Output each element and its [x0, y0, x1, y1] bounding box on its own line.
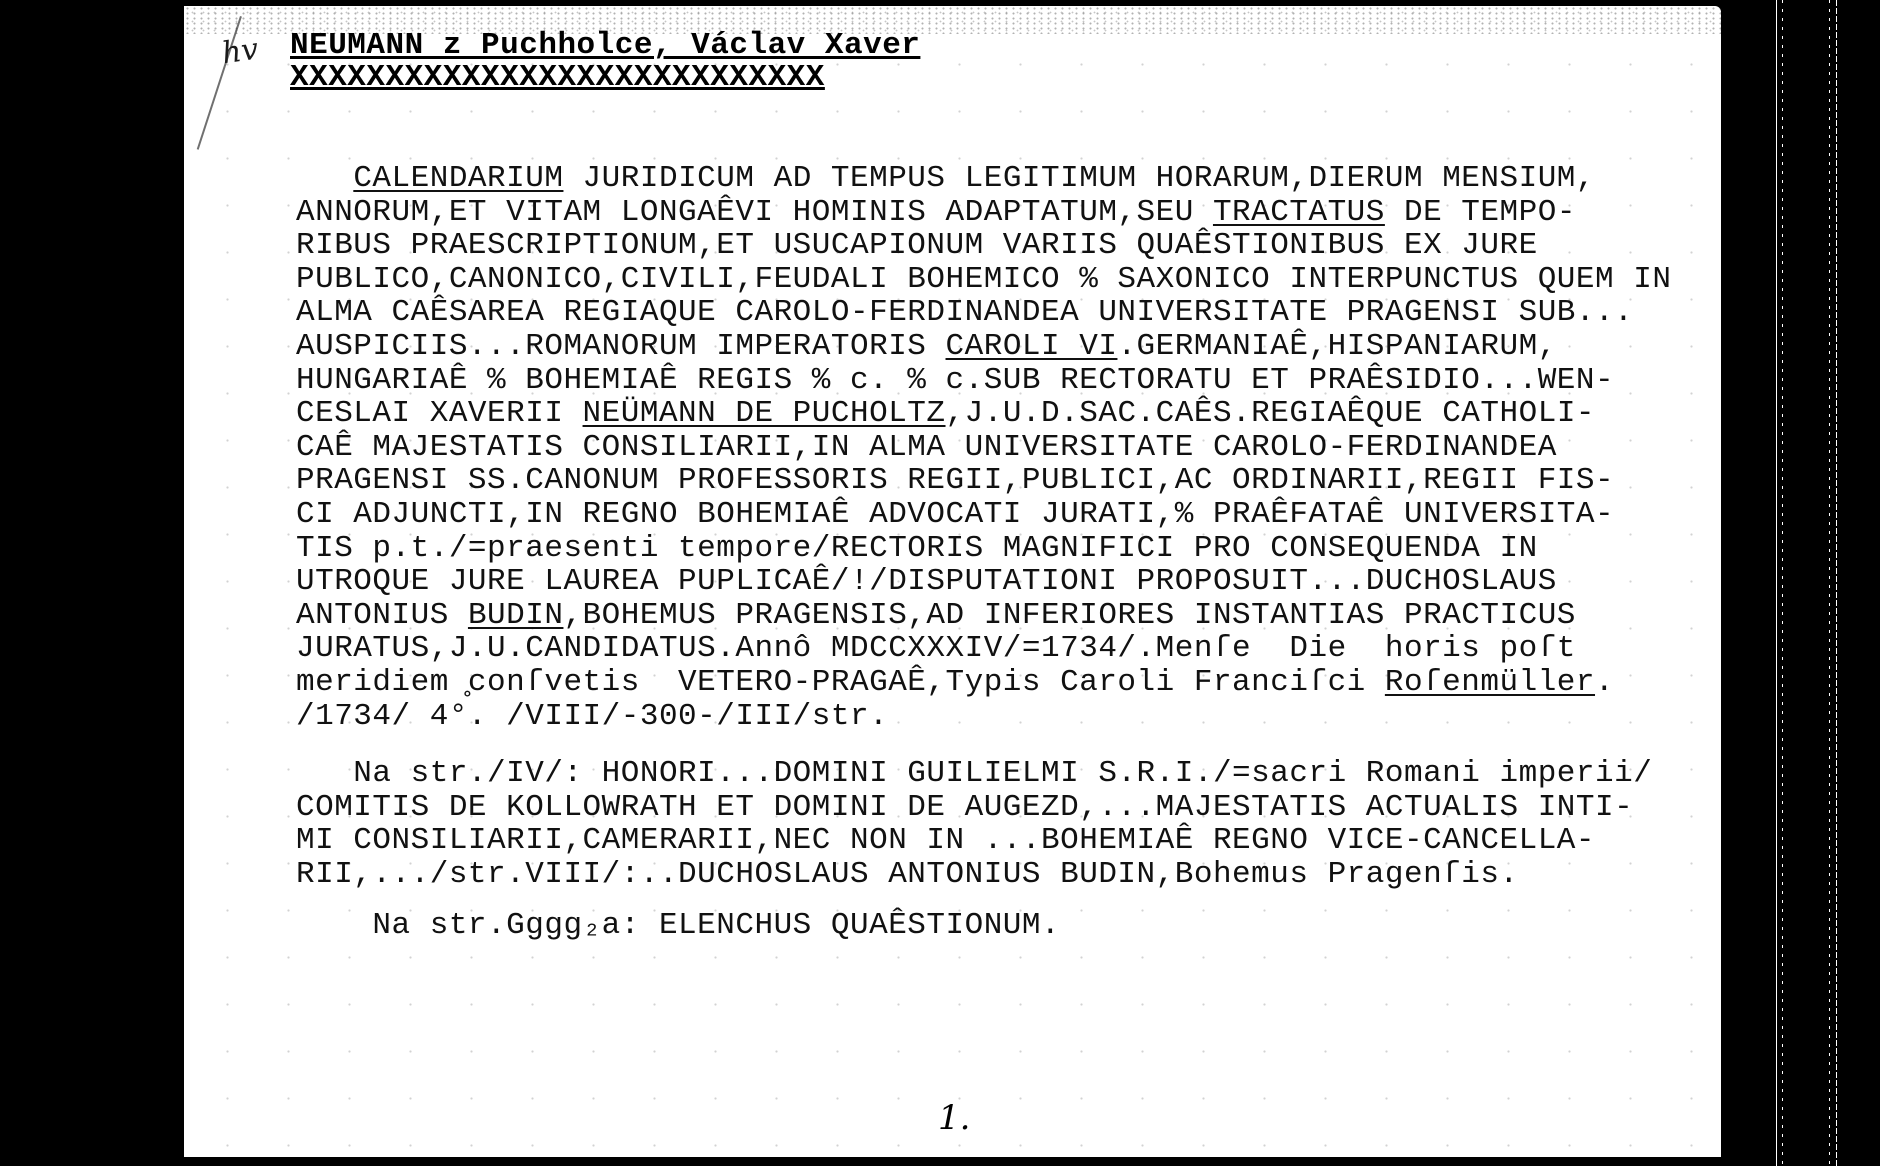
text-segment: ALMA CAÊSAREA REGIAQUE CAROLO-FERDINANDE…: [296, 295, 1633, 330]
scanner-edge-dotted-line: [1829, 0, 1830, 1166]
text-segment: ANTONIUS: [296, 598, 468, 633]
dedication-note: Na str./IV/: HONORI...DOMINI GUILIELMI S…: [296, 757, 1652, 891]
text-segment: .: [1595, 665, 1614, 700]
text-segment: .GERMANIAÊ,HISPANIARUM,: [1117, 329, 1556, 364]
typed-line: Na str.Gggg₂a: ELENCHUS QUAÊSTIONUM.: [296, 909, 1060, 943]
underlined-text: CAROLI VI: [946, 329, 1118, 364]
text-segment: CESLAI XAVERII: [296, 396, 583, 431]
text-segment: TIS p.t./=praesenti tempore/RECTORIS MAG…: [296, 531, 1538, 566]
text-segment: /1734/ 4°. /VIII/-300-/III/str.: [296, 699, 888, 734]
struck-out-line: XXXXXXXXXXXXXXXXXXXXXXXXXXXX: [290, 60, 825, 95]
text-segment: meridiem ̥conſvetis VETERO-PRAGAÊ,Typis …: [296, 665, 1385, 700]
typed-line: /1734/ 4°. /VIII/-300-/III/str.: [296, 700, 1671, 734]
typed-line: CESLAI XAVERII NEÜMANN DE PUCHOLTZ,J.U.D…: [296, 397, 1671, 431]
underlined-text: NEÜMANN DE PUCHOLTZ: [583, 396, 946, 431]
text-segment: DE TEMPO-: [1385, 195, 1576, 230]
text-segment: RII,.../str.VIII/:..DUCHOSLAUS ANTONIUS …: [296, 857, 1519, 892]
text-segment: ANNORUM,ET VITAM LONGAÊVI HOMINIS ADAPTA…: [296, 195, 1213, 230]
underlined-text: Roſenmüller: [1385, 665, 1595, 700]
typed-line: JURATUS,J.U.CANDIDATUS.Annô MDCCXXXIV/=1…: [296, 632, 1671, 666]
text-segment: Na str.Gggg₂a: ELENCHUS QUAÊSTIONUM.: [296, 908, 1060, 943]
text-segment: PUBLICO,CANONICO,CIVILI,FEUDALI BOHEMICO…: [296, 262, 1671, 297]
text-segment: CAÊ MAJESTATIS CONSILIARII,IN ALMA UNIVE…: [296, 430, 1557, 465]
typed-line: UTROQUE JURE LAUREA PUPLICAÊ/!/DISPUTATI…: [296, 565, 1671, 599]
card-heading-author: NEUMANN z Puchholce, Václav Xaver: [290, 28, 920, 63]
underlined-text: CALENDARIUM: [353, 161, 563, 196]
typed-line: ANNORUM,ET VITAM LONGAÊVI HOMINIS ADAPTA…: [296, 196, 1671, 230]
typed-line: ALMA CAÊSAREA REGIAQUE CAROLO-FERDINANDE…: [296, 296, 1671, 330]
text-segment: AUSPICIIS...ROMANORUM IMPERATORIS: [296, 329, 946, 364]
text-segment: COMITIS DE KOLLOWRATH ET DOMINI DE AUGEZ…: [296, 790, 1633, 825]
underlined-text: TRACTATUS: [1213, 195, 1385, 230]
bibliographic-entry: CALENDARIUM JURIDICUM AD TEMPUS LEGITIMU…: [296, 162, 1671, 733]
scanner-edge-dotted-line: [1782, 0, 1783, 1166]
typed-line: TIS p.t./=praesenti tempore/RECTORIS MAG…: [296, 532, 1671, 566]
text-segment: JURIDICUM AD TEMPUS LEGITIMUM HORARUM,DI…: [563, 161, 1595, 196]
typed-line: AUSPICIIS...ROMANORUM IMPERATORIS CAROLI…: [296, 330, 1671, 364]
text-segment: CI ADJUNCTI,IN REGNO BOHEMIAÊ ADVOCATI J…: [296, 497, 1614, 532]
text-segment: ,J.U.D.SAC.CAÊS.REGIAÊQUE CATHOLI-: [946, 396, 1596, 431]
contents-note: Na str.Gggg₂a: ELENCHUS QUAÊSTIONUM.: [296, 909, 1060, 943]
text-segment: [296, 161, 353, 196]
typed-line: RIBUS PRAESCRIPTIONUM,ET USUCAPIONUM VAR…: [296, 229, 1671, 263]
typed-line: CI ADJUNCTI,IN REGNO BOHEMIAÊ ADVOCATI J…: [296, 498, 1671, 532]
text-segment: RIBUS PRAESCRIPTIONUM,ET USUCAPIONUM VAR…: [296, 228, 1538, 263]
margin-initials: hv: [220, 32, 261, 72]
scanner-edge-dotted-line: [1836, 0, 1837, 1166]
typed-line: COMITIS DE KOLLOWRATH ET DOMINI DE AUGEZ…: [296, 791, 1652, 825]
text-segment: UTROQUE JURE LAUREA PUPLICAÊ/!/DISPUTATI…: [296, 564, 1557, 599]
text-segment: PRAGENSI SS.CANONUM PROFESSORIS REGII,PU…: [296, 463, 1614, 498]
scanner-edge-line: [1776, 0, 1777, 1166]
typed-line: RII,.../str.VIII/:..DUCHOSLAUS ANTONIUS …: [296, 858, 1652, 892]
text-segment: MI CONSILIARII,CAMERARII,NEC NON IN ...B…: [296, 823, 1595, 858]
text-segment: JURATUS,J.U.CANDIDATUS.Annô MDCCXXXIV/=1…: [296, 631, 1576, 666]
typed-line: MI CONSILIARII,CAMERARII,NEC NON IN ...B…: [296, 824, 1652, 858]
typed-line: PUBLICO,CANONICO,CIVILI,FEUDALI BOHEMICO…: [296, 263, 1671, 297]
text-segment: ,BOHEMUS PRAGENSIS,AD INFERIORES INSTANT…: [563, 598, 1575, 633]
underlined-text: BUDIN: [468, 598, 564, 633]
typed-line: CAÊ MAJESTATIS CONSILIARII,IN ALMA UNIVE…: [296, 431, 1671, 465]
typed-line: Na str./IV/: HONORI...DOMINI GUILIELMI S…: [296, 757, 1652, 791]
typed-line: PRAGENSI SS.CANONUM PROFESSORIS REGII,PU…: [296, 464, 1671, 498]
typed-line: HUNGARIAÊ % BOHEMIAÊ REGIS % c. % c.SUB …: [296, 364, 1671, 398]
catalogue-card: hv NEUMANN z Puchholce, Václav Xaver XXX…: [184, 6, 1721, 1157]
card-page-number: 1.: [938, 1098, 970, 1138]
typed-line: ANTONIUS BUDIN,BOHEMUS PRAGENSIS,AD INFE…: [296, 599, 1671, 633]
typed-line: meridiem ̥conſvetis VETERO-PRAGAÊ,Typis …: [296, 666, 1671, 700]
text-segment: Na str./IV/: HONORI...DOMINI GUILIELMI S…: [296, 756, 1652, 791]
typed-line: CALENDARIUM JURIDICUM AD TEMPUS LEGITIMU…: [296, 162, 1671, 196]
text-segment: HUNGARIAÊ % BOHEMIAÊ REGIS % c. % c.SUB …: [296, 363, 1614, 398]
